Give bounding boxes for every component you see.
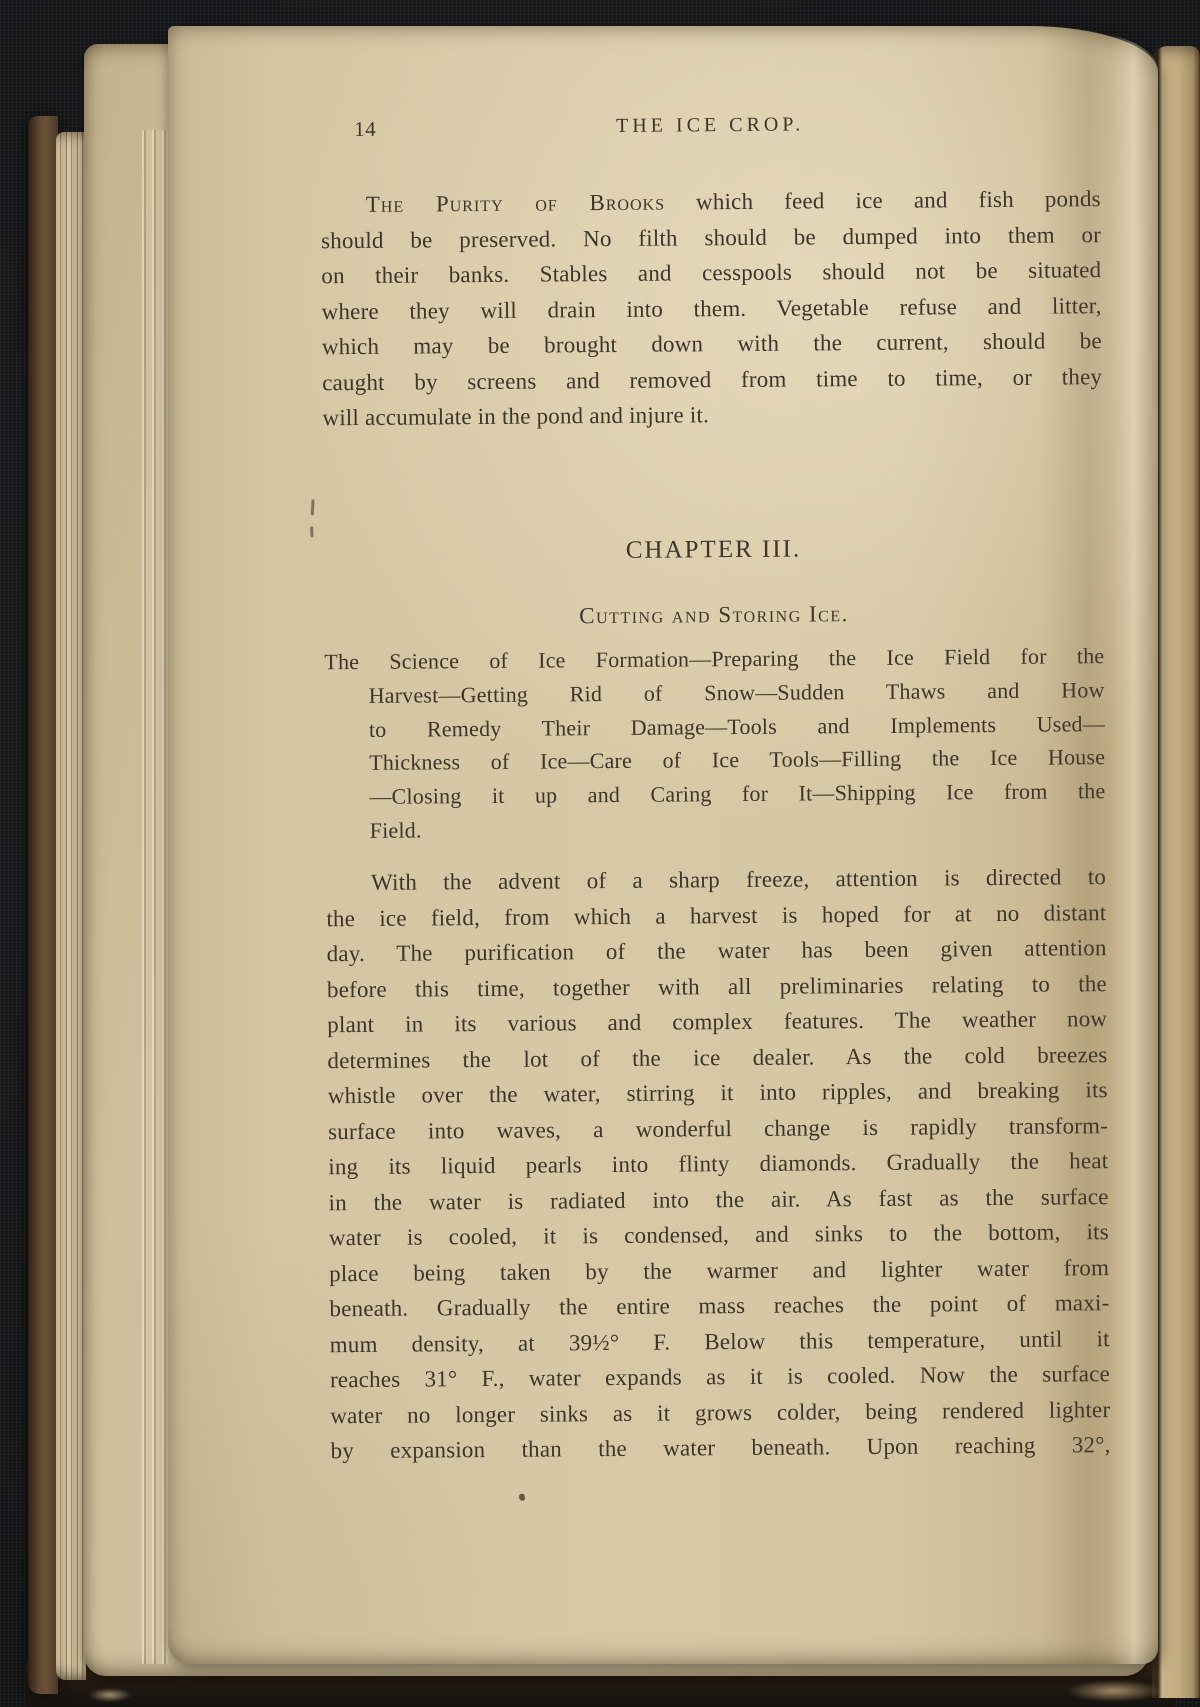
chapter-subheading: Cutting and Storing Ice. [324,599,1104,631]
book-spine-edge [28,116,58,1694]
text-line: The Purity of Brooks which feed ice and … [321,181,1101,223]
page-stack-creases [142,130,168,1664]
chapter-synopsis: The Science of Ice Formation—Preparing t… [324,639,1106,848]
page-stack-fore-edge [56,132,86,1680]
ink-speck [519,1494,525,1501]
page-text-layer: 14 THE ICE CROP. The Purity of Brooks wh… [167,19,1170,1665]
page-header: 14 THE ICE CROP. [320,111,1100,147]
text-line: by expansion than the water beneath. Upo… [330,1427,1110,1469]
text-line: should be preserved. No filth should be … [321,217,1101,259]
worn-edge-spot [1066,1680,1162,1702]
text-line: beneath. Gradually the entire mass reach… [329,1285,1109,1327]
text-line: on their banks. Stables and cesspools sh… [321,252,1101,294]
text-line: where they will drain into them. Vegetab… [321,288,1101,330]
text-line: caught by screens and removed from time … [322,359,1102,401]
text-line: will accumulate in the pond and injure i… [322,394,1102,436]
pen-mark [311,499,314,515]
text-line: ing its liquid pearls into flinty diamon… [328,1143,1108,1185]
text-line: water is cooled, it is condensed, and si… [329,1214,1109,1256]
lead-phrase-small-caps: The Purity of Brooks [366,190,665,217]
text-line: Field. [326,808,1106,848]
text-line: mum density, at 39½° F. Below this tempe… [330,1321,1110,1363]
text-line: place being taken by the warmer and ligh… [329,1250,1109,1292]
text-line: Harvest—Getting Rid of Snow—Sudden Thaws… [325,673,1105,713]
text-line: in the water is radiated into the air. A… [328,1179,1108,1221]
text-line: which may be brought down with the curre… [322,323,1102,365]
text-line: day. The purification of the water has b… [327,930,1107,972]
pen-mark [310,526,313,537]
text-line: water no longer sinks as it grows colder… [330,1392,1110,1434]
chapter-heading: CHAPTER III. [323,533,1103,567]
worn-edge-spot [88,1688,132,1702]
text-line: With the advent of a sharp freeze, atten… [326,859,1106,901]
book-photo: 14 THE ICE CROP. The Purity of Brooks wh… [0,0,1200,1707]
text-line: plant in its various and complex feature… [327,1001,1107,1043]
running-title: THE ICE CROP. [320,111,1100,140]
text-line: whistle over the water, stirring it into… [328,1072,1108,1114]
book-page: 14 THE ICE CROP. The Purity of Brooks wh… [168,26,1158,1664]
text-line: —Closing it up and Caring for It—Shippin… [325,774,1105,814]
text-line: reaches 31° F., water expands as it is c… [330,1356,1110,1398]
intro-paragraph: The Purity of Brooks which feed ice and … [321,181,1103,436]
text-line: surface into waves, a wonderful change i… [328,1108,1108,1150]
text-line: determines the lot of the ice dealer. As… [327,1037,1107,1079]
body-paragraph: With the advent of a sharp freeze, atten… [326,859,1111,1469]
text-line: the ice field, from which a harvest is h… [326,895,1106,937]
text-line: before this time, together with all prel… [327,966,1107,1008]
